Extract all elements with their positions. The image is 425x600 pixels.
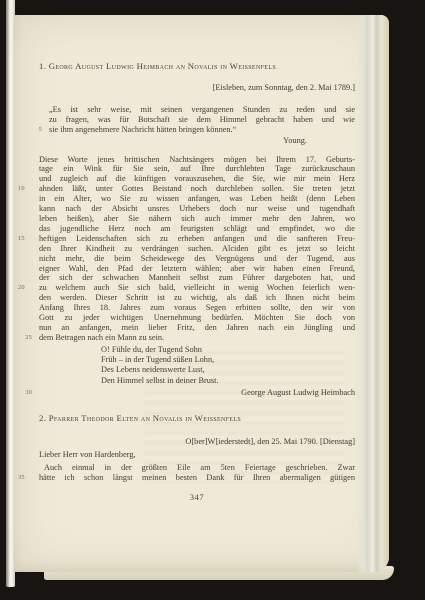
page-stack-right-edge	[357, 15, 389, 572]
poem-line: Den Himmel selbst in deiner Brust.	[101, 376, 355, 386]
body-line: in ein Alter, wo Sie zu wissen anfangen,…	[39, 194, 355, 204]
body-line: eigner Wahl, den Pfad der letztern wähle…	[39, 264, 355, 274]
margin-line-number: 25	[18, 333, 32, 343]
poem-line: Früh – in der Tugend süßen Lohn,	[101, 355, 355, 365]
margin-line-number: 10	[18, 184, 32, 194]
body-line: der sich der schwachen Mannheit selbst z…	[39, 273, 355, 283]
page-content: 1. Georg August Ludwig Heimbach an Noval…	[39, 15, 355, 503]
body-line: 35hätte ich schon längst meinen besten D…	[39, 473, 355, 483]
epigraph-line: „Es ist sehr weise, mit seinen vergangen…	[49, 105, 355, 115]
letter2-salutation: Lieber Herr von Hardenberg,	[39, 450, 355, 460]
margin-line-number: 20	[18, 283, 32, 293]
poem-line: Des Lebens neidenswerte Lust,	[101, 365, 355, 375]
margin-line-number: 15	[18, 234, 32, 244]
book-page: 1. Georg August Ludwig Heimbach an Noval…	[14, 15, 389, 572]
page-number: 347	[39, 493, 355, 503]
body-line: nicht mehr, die beim Scheidewege des Ver…	[39, 254, 355, 264]
body-line: tage ein Wink für Sie sein, auf Ihre dur…	[39, 164, 355, 174]
body-line: kann nach der Absicht unsres Urhebers do…	[39, 204, 355, 214]
body-line: Auch einmal in der größten Eile am 5ten …	[39, 463, 355, 473]
photographed-book-scene: 1. Georg August Ludwig Heimbach an Noval…	[0, 0, 425, 600]
body-line: Diese Worte jenes brittischen Nachtsänge…	[39, 155, 355, 165]
body-line: den Ihrer Kindheit zu verdrängen suchen.…	[39, 244, 355, 254]
letter1-dateline: [Eisleben, zum Sonntag, den 2. Mai 1789.…	[39, 83, 355, 93]
letter1-poem: O! Fühle du, der Tugend Sohn Früh – in d…	[39, 345, 355, 386]
body-line: und zugleich auf die künftigen vorauszus…	[39, 174, 355, 184]
letter1-heading: 1. Georg August Ludwig Heimbach an Noval…	[39, 61, 355, 72]
letter2-heading: 2. Pfarrer Theodor Elten an Novalis in W…	[39, 413, 355, 424]
body-line: Anfang Ihres 18. Jahres zum voraus Segen…	[39, 303, 355, 313]
body-line: 20zu welchem auch Sie sich bald, viellei…	[39, 283, 355, 293]
margin-line-number: 35	[18, 473, 32, 483]
body-line: leben heißen), aber Sie nähern sich auch…	[39, 214, 355, 224]
letter1-body: Diese Worte jenes brittischen Nachtsänge…	[39, 155, 355, 343]
letter2-dateline: O[ber]W[iederstedt], den 25. Mai 1790. […	[39, 437, 355, 447]
margin-line-number: 30	[18, 388, 32, 398]
letter1-epigraph: „Es ist sehr weise, mit seinen vergangen…	[39, 105, 355, 135]
body-line: 25dem Betragen nach ein Mann zu sein.	[39, 333, 355, 343]
poem-line: O! Fühle du, der Tugend Sohn	[101, 345, 355, 355]
letter1-signature: 30George August Ludwig Heimbach	[39, 388, 355, 398]
body-line: den werden. Dieser Schritt ist zu wichti…	[39, 293, 355, 303]
body-line: das jugendliche Herz noch am feurigsten …	[39, 224, 355, 234]
epigraph-line: 5sie ihm angenehmere Nachricht hätten br…	[49, 125, 355, 135]
margin-line-number: 5	[28, 125, 42, 135]
body-line: 15heftigen Leidenschaften sich zu erhebe…	[39, 234, 355, 244]
body-line: nun an anfangen, mein lieber Fritz, den …	[39, 323, 355, 333]
letter2-body: Auch einmal in der größten Eile am 5ten …	[39, 463, 355, 483]
epigraph-attribution: Young.	[39, 136, 355, 146]
body-line: 10ahnden läßt, unter Gottes Beistand noc…	[39, 184, 355, 194]
body-line: Gott zu jeder wichtigen Unernehmung bedü…	[39, 313, 355, 323]
epigraph-line: zu fragen, was für Botschaft sie dem Him…	[49, 115, 355, 125]
